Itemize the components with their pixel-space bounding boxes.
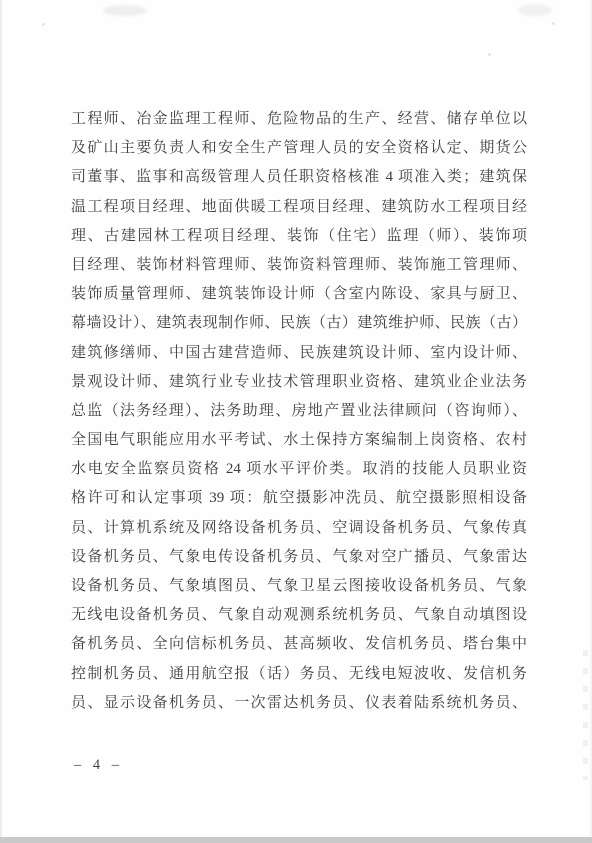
text-line: 及矿山主要负责人和安全生产管理人员的安全资格认定、期货公 <box>71 134 527 163</box>
text-line: 温工程项目经理、地面供暖工程项目经理、建筑防水工程项目经 <box>71 193 527 222</box>
text-line: 员、计算机系统及网络设备机务员、空调设备机务员、气象传真 <box>71 514 527 543</box>
text-line: 工程师、冶金监理工程师、危险物品的生产、经营、储存单位以 <box>71 105 527 134</box>
scan-edge-left <box>0 0 2 843</box>
scan-smudge <box>518 4 552 16</box>
text-line: 员、显示设备机务员、一次雷达机务员、仪表着陆系统机务员、 <box>71 689 527 718</box>
text-line: 设备机务员、气象电传设备机务员、气象对空广播员、气象雷达 <box>71 543 527 572</box>
text-line: 无线电设备机务员、气象自动观测系统机务员、气象自动填图设 <box>71 601 527 630</box>
text-line: 全国电气职能应用水平考试、水土保持方案编制上岗资格、农村 <box>71 426 527 455</box>
text-line: 目经理、装饰材料管理师、装饰资料管理师、装饰施工管理师、 <box>71 251 527 280</box>
scan-edge-bottom <box>0 837 592 843</box>
text-line: 建筑修缮师、中国古建营造师、民族建筑设计师、室内设计师、 <box>71 339 527 368</box>
text-line: 景观设计师、建筑行业专业技术管理职业资格、建筑业企业法务 <box>71 368 527 397</box>
text-line: 控制机务员、通用航空报（话）务员、无线电短波收、发信机务 <box>71 660 527 689</box>
document-page: 工程师、冶金监理工程师、危险物品的生产、经营、储存单位以 及矿山主要负责人和安全… <box>0 0 592 843</box>
scan-speck <box>552 22 555 25</box>
text-line: 水电安全监察员资格 24 项水平评价类。取消的技能人员职业资 <box>71 455 527 484</box>
page-number: – 4 – <box>74 757 120 774</box>
scan-speck <box>42 23 45 26</box>
text-line: 总监（法务经理）、法务助理、房地产置业法律顾问（咨询师）、 <box>71 397 527 426</box>
scan-bleed-through <box>583 650 588 780</box>
text-line: 设备机务员、气象填图员、气象卫星云图接收设备机务员、气象 <box>71 572 527 601</box>
scan-smudge <box>103 5 147 16</box>
text-line: 格许可和认定事项 39 项：航空摄影冲洗员、航空摄影照相设备 <box>71 484 527 513</box>
text-line: 幕墙设计）、建筑表现制作师、民族（古）建筑维护师、民族（古） <box>71 309 527 338</box>
text-line: 备机务员、全向信标机务员、甚高频收、发信机务员、塔台集中 <box>71 630 527 659</box>
body-text: 工程师、冶金监理工程师、危险物品的生产、经营、储存单位以 及矿山主要负责人和安全… <box>71 105 527 718</box>
text-line: 装饰质量管理师、建筑装饰设计师（含室内陈设、家具与厨卫、 <box>71 280 527 309</box>
text-line: 司董事、监事和高级管理人员任职资格核准 4 项准入类；建筑保 <box>71 163 527 192</box>
text-line: 理、古建园林工程项目经理、装饰（住宅）监理（师）、装饰项 <box>71 222 527 251</box>
scan-speck <box>488 53 491 56</box>
